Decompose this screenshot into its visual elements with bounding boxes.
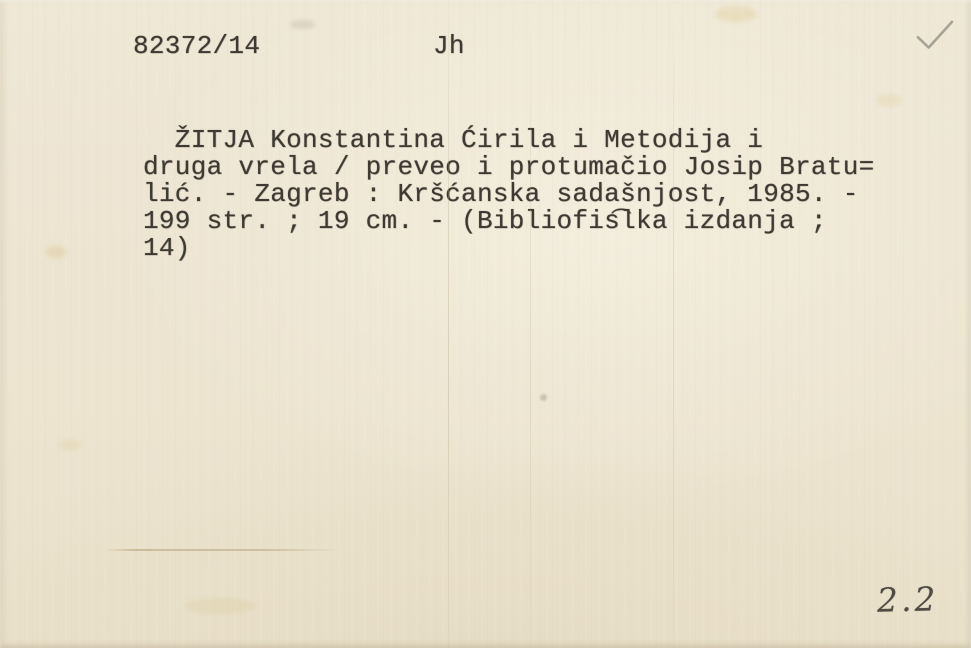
paper-speck — [540, 394, 547, 401]
entry-line-5: 14) — [143, 235, 875, 262]
pencil-scratch-line — [105, 549, 337, 551]
paper-crease — [530, 0, 531, 648]
entry-line-1: ŽITJA Konstantina Ćirila i Metodija i — [143, 127, 875, 154]
paper-stain — [46, 246, 66, 258]
entry-line-2: druga vrela / preveo i protumačio Josip … — [143, 154, 875, 181]
paper-stain — [185, 598, 255, 614]
paper-stain — [715, 6, 757, 22]
entry-line-3: lić. - Zagreb : Kršćanska sadašnjost, 19… — [143, 181, 875, 208]
paper-crease — [448, 0, 449, 648]
call-number: 82372/14 — [133, 33, 260, 60]
paper-stain — [60, 440, 82, 450]
paper-crease — [673, 0, 674, 648]
entry-line-4: 199 str. ; 19 cm. - (Bibliofis͡lka izdan… — [143, 208, 875, 235]
paper-smudge — [290, 20, 316, 29]
bibliographic-entry: ŽITJA Konstantina Ćirila i Metodija i dr… — [143, 127, 875, 262]
handwritten-note: 2.2 — [877, 579, 939, 620]
section-code: Jh — [433, 33, 465, 60]
checkmark-icon — [913, 19, 959, 56]
library-catalog-card: 82372/14 Jh ŽITJA Konstantina Ćirila i M… — [0, 0, 971, 648]
paper-stain — [876, 94, 902, 107]
